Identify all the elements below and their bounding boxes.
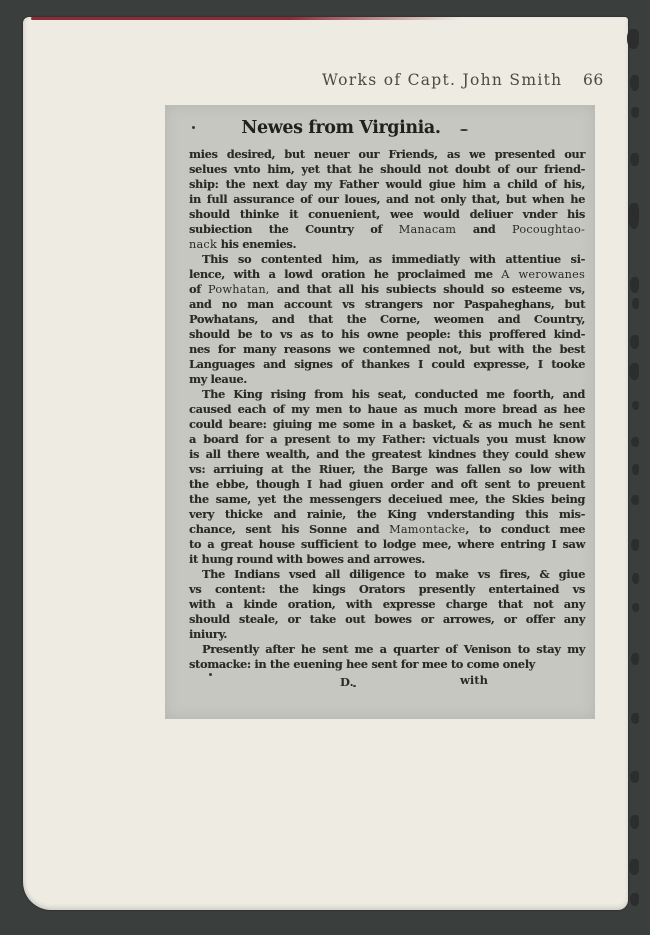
facsimile-line: in full assurance of our loues, and not … [189,192,585,207]
facsimile-line: The King rising from his seat, conducted… [189,387,585,402]
facsimile-line: a board for a present to my Father: vict… [189,432,585,447]
roman-type-word: Mamontacke [389,523,465,536]
edge-mark [629,859,639,875]
edge-mark [631,539,639,551]
running-head: Works of Capt. John Smith [322,71,562,89]
facsimile-line: to a great house sufficient to lodge mee… [189,537,585,552]
facsimile-line: could beare: giuing me some in a basket,… [189,417,585,432]
edge-mark [628,203,639,229]
facsimile-line: subiection the Country of Manacam and Po… [189,222,585,237]
photo-background: { "page": { "header": { "title": "Works … [0,0,650,935]
roman-type-word: Powhatan, [208,283,270,296]
facsimile-line: my leaue. [189,372,585,387]
facsimile-line: selues vnto him, yet that he should not … [189,162,585,177]
facsimile-line: chance, sent his Sonne and Mamontacke, t… [189,522,585,537]
facsimile-line: vs: arriuing at the Riuer, the Barge was… [189,462,585,477]
facsimile-line: This so contented him, as immediatly wit… [189,252,585,267]
edge-mark [630,771,639,783]
facsimile-line: the same, yet the messengers deceiued me… [189,492,585,507]
signature-line: D. with [189,675,585,691]
edge-mark [632,603,639,612]
signature-mark: D. [340,675,354,689]
edge-mark [632,573,639,584]
facsimile-line: very thicke and rainie, the King vnderst… [189,507,585,522]
facsimile-line: mies desired, but neuer our Friends, as … [189,147,585,162]
facsimile-line: stomacke: in the euening hee sent for me… [189,657,585,672]
book-page: Works of Capt. John Smith 66 Newes from … [23,17,628,910]
edge-mark [632,401,639,410]
ink-speck [353,685,356,687]
edge-mark [631,495,639,505]
facsimile-line: is all there wealth, and the greatest ki… [189,447,585,462]
ink-speck [460,129,468,131]
facsimile-line: nes for many reasons we contemned not, b… [189,342,585,357]
roman-type-word: nack [189,238,217,251]
facsimile-line: Languages and signes of thankes I could … [189,357,585,372]
edge-mark [632,464,639,475]
facsimile-line: Powhatans, and that the Corne, weomen an… [189,312,585,327]
ink-speck [192,126,195,129]
facsimile-line: with a kinde oration, with expresse char… [189,597,585,612]
edge-mark [631,437,639,447]
facsimile-line: Presently after he sent me a quarter of … [189,642,585,657]
facsimile-line: The Indians vsed all diligence to make v… [189,567,585,582]
facsimile-line: ship: the next day my Father would giue … [189,177,585,192]
ink-speck [209,673,212,676]
roman-type-word: A werowanes [501,268,585,281]
facsimile-line: caused each of my men to haue as much mo… [189,402,585,417]
edge-mark [627,29,639,49]
facsimile-line: nack his enemies. [189,237,585,252]
edge-mark [631,653,639,665]
edge-mark [630,335,639,349]
roman-type-word: Pocoughtao- [512,223,585,236]
edge-mark [630,277,639,293]
facsimile-line: should steale, or take out bowes or arro… [189,612,585,627]
edge-mark [632,298,639,309]
facsimile-line: it hung round with bowes and arrowes. [189,552,585,567]
facsimile-line: of Powhatan, and that all his subiects s… [189,282,585,297]
roman-type-word: Manacam [399,223,457,236]
catchword: with [460,673,488,687]
facsimile-line: and no man account vs strangers nor Pasp… [189,297,585,312]
facsimile-title: Newes from Virginia. [126,118,556,138]
page-number: 66 [583,71,604,89]
facsimile-plate: Newes from Virginia. mies desired, but n… [165,105,595,719]
edge-mark [630,815,639,829]
facsimile-line: should be to vs as to his owne people: t… [189,327,585,342]
facsimile-body: mies desired, but neuer our Friends, as … [189,147,585,672]
ink-speck [497,665,499,667]
edge-mark [630,75,639,91]
edge-mark [630,153,639,166]
edge-mark [631,713,639,724]
facsimile-line: lence, with a lowd oration he proclaimed… [189,267,585,282]
page-top-stain [31,17,461,20]
edge-mark [631,107,639,118]
facsimile-line: iniury. [189,627,585,642]
edge-mark [630,893,639,906]
facsimile-line: the ebbe, though I had giuen order and o… [189,477,585,492]
facsimile-line: should thinke it conuenient, wee would d… [189,207,585,222]
edge-mark [629,363,639,380]
facsimile-line: vs content: the kings Orators presently … [189,582,585,597]
